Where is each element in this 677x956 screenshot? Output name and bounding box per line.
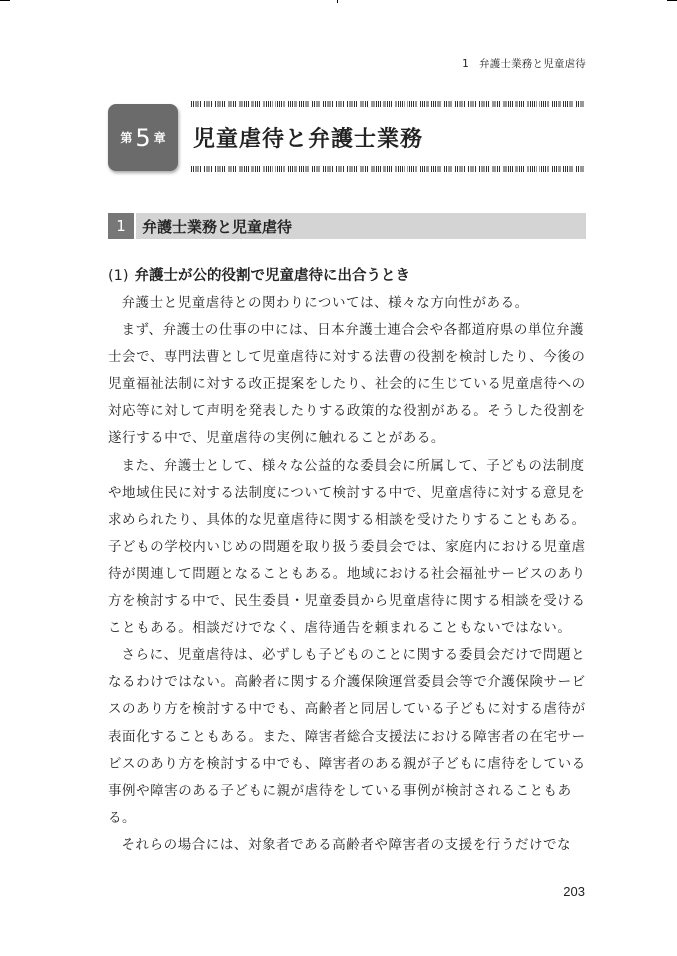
body-line: ビスのあり方を検討する中でも、障害者のある親が子どもに虐待をしている [108, 751, 588, 778]
body-line: さらに、児童虐待は、必ずしも子どものことに関する委員会だけで問題と [108, 642, 588, 669]
body-line: る。 [108, 805, 588, 832]
subsection-number: (1) [108, 268, 129, 284]
section-heading: 1 弁護士業務と児童虐待 [108, 213, 586, 239]
section-number: 1 [108, 213, 134, 239]
chapter-rule-bottom [191, 166, 586, 172]
chapter-title: 児童虐待と弁護士業務 [193, 122, 423, 153]
body-line: 方を検討する中で、民生委員・児童委員から児童虐待に関する相談を受ける [108, 588, 588, 615]
body-line: まず、弁護士の仕事の中には、日本弁護士連合会や各都道府県の単位弁護 [108, 317, 588, 344]
crop-mark-top-center [337, 0, 338, 3]
body-line: それらの場合には、対象者である高齢者や障害者の支援を行うだけでな [108, 832, 588, 859]
running-header-number: 1 [462, 58, 469, 70]
body-line: や地域住民に対する法制度について検討する中で、児童虐待に対する意見を [108, 480, 588, 507]
body-line: 弁護士と児童虐待との関わりについては、様々な方向性がある。 [108, 290, 588, 317]
section-title: 弁護士業務と児童虐待 [136, 213, 586, 239]
body-line: 待が関連して問題となることもある。地域における社会福祉サービスのあり [108, 561, 588, 588]
body-line: 士会で、専門法曹として児童虐待に対する法曹の役割を検討したり、今後の [108, 344, 588, 371]
body-line: こともある。相談だけでなく、虐待通告を頼まれることもないではない。 [108, 615, 588, 642]
body-line: 子どもの学校内いじめの問題を取り扱う委員会では、家庭内における児童虐 [108, 534, 588, 561]
body-line: また、弁護士として、様々な公益的な委員会に所属して、子どもの法制度 [108, 453, 588, 480]
body-text: 弁護士と児童虐待との関わりについては、様々な方向性がある。 まず、弁護士の仕事の… [108, 290, 588, 859]
body-line: 求められたり、具体的な児童虐待に関する相談を受けたりすることもある。 [108, 507, 588, 534]
body-line: 表面化することもある。また、障害者総合支援法における障害者の在宅サー [108, 724, 588, 751]
chapter-rule-top [191, 101, 586, 107]
subsection-heading: (1)弁護士が公的役割で児童虐待に出合うとき [108, 264, 410, 285]
running-header-title: 弁護士業務と児童虐待 [479, 58, 586, 70]
body-line: 事例や障害のある子どもに親が虐待をしている事例が検討されることもあ [108, 778, 588, 805]
running-header: 1弁護士業務と児童虐待 [462, 56, 586, 71]
body-line: 対応等に対して声明を発表したりする政策的な役割がある。そうした役割を [108, 398, 588, 425]
chapter-badge: 第 5 章 [108, 104, 178, 171]
body-line: 児童福祉法制に対する改正提案をしたり、社会的に生じている児童虐待への [108, 371, 588, 398]
crop-mark-top-right [667, 0, 677, 1]
subsection-title: 弁護士が公的役割で児童虐待に出合うとき [135, 268, 411, 284]
body-line: 遂行する中で、児童虐待の実例に触れることがある。 [108, 425, 588, 452]
crop-mark-top-left [0, 0, 10, 1]
chapter-prefix: 第 [120, 129, 132, 146]
body-line: スのあり方を検討する中でも、高齢者と同居している子どもに対する虐待が [108, 696, 588, 723]
body-line: なるわけではない。高齢者に関する介護保険運営委員会等で介護保険サービ [108, 669, 588, 696]
page-number: 203 [563, 884, 585, 899]
chapter-number: 5 [135, 124, 150, 152]
chapter-suffix: 章 [154, 129, 166, 146]
